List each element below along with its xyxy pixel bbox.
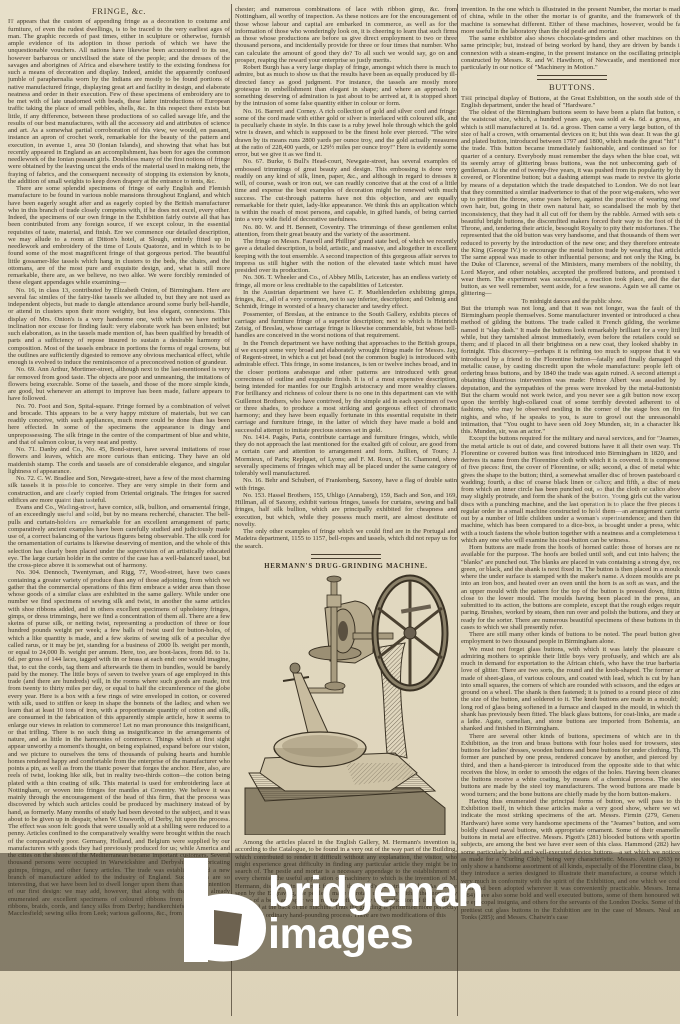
paragraph: No. 69. Ann Arthur, Mortimer-street, alt…	[8, 366, 230, 402]
paragraph: There are some splendid specimens of fri…	[8, 185, 230, 287]
verse-quote: To midnight dances and the public show.	[461, 298, 680, 305]
paragraph: No. 67. Burke, 6 Bull's Head-court, Newg…	[235, 158, 457, 223]
newspaper-page: FRINGE, &c. It appears that the custom o…	[0, 0, 680, 1024]
paragraph: The oldest of the Birmingham buttons see…	[461, 109, 680, 298]
column-fringe-continued: chester; and numerous combinations of la…	[235, 6, 457, 1014]
paragraph: Possmenter, of Breslau, at the entrance …	[235, 311, 457, 340]
lead-word: The	[461, 95, 473, 102]
paragraph: In the Austrian department we have C. F.…	[235, 289, 457, 311]
paragraph: No. 16. Behr and Schubert, of Frankenber…	[235, 477, 457, 492]
paragraph: We must not forget glass buttons, with w…	[461, 646, 680, 733]
paragraph: The fringe on Messrs. Fauvell and Philli…	[235, 238, 457, 274]
paragraph: It appears that the custom of appending …	[8, 18, 230, 185]
paragraph: No. 72. C. W. Bradlee and Son, Newgate-s…	[8, 475, 230, 504]
section-divider	[537, 75, 607, 80]
paragraph: No. 80. W. and H. Bennett, Coventry. The…	[235, 224, 457, 239]
paragraph: There are still many other kinds of butt…	[461, 631, 680, 646]
article-title-fringe: FRINGE, &c.	[8, 8, 230, 15]
section-divider	[311, 554, 381, 559]
paragraph: No. 1414. Pagès, Paris, contribute carri…	[235, 434, 457, 478]
paragraph: Horn buttons are made from the hoofs of …	[461, 544, 680, 631]
drug-grinding-machine-engraving	[235, 573, 457, 835]
paragraph: The only other examples of fringe which …	[235, 528, 457, 550]
paragraph: No. 153. Hassel Brothers, 155, Uhligo (A…	[235, 492, 457, 528]
paragraph: No. 16, in class 13, contributed by Eliz…	[8, 287, 230, 367]
paragraph: But the triumph was not long, and that i…	[461, 305, 680, 436]
paragraph: There are several other kinds of buttons…	[461, 733, 680, 798]
paragraph: No. 71. Danby and Co., No. 45, Bond-stre…	[8, 446, 230, 475]
column-fringe: FRINGE, &c. It appears that the custom o…	[8, 6, 230, 1014]
column-divider	[231, 4, 232, 1016]
paragraph: Evans and Co., Watling-street, have corn…	[8, 504, 230, 569]
paragraph: Robert Burgh has a very large display of…	[235, 64, 457, 108]
machine-illustration-icon	[235, 573, 457, 835]
lead-word: It	[8, 18, 14, 25]
paragraph: Except the buttons required for the mili…	[461, 435, 680, 544]
paragraph: chester; and numerous combinations of la…	[235, 6, 457, 64]
figure-title: HERMANN'S DRUG-GRINDING MACHINE.	[235, 563, 457, 570]
paragraph: Among the articles placed in the English…	[235, 839, 457, 919]
article-title-buttons: BUTTONS.	[461, 84, 680, 91]
paragraph: invention. In the one which is illustrat…	[461, 6, 680, 35]
paragraph: The principal display of Buttons, at the…	[461, 95, 680, 110]
paragraph: No. 304. Dennoch, Twentyman, and Rigg, 7…	[8, 569, 230, 917]
paragraph: No. 70. Foot and Son, Spital-square. Fri…	[8, 403, 230, 447]
column-divider	[457, 4, 458, 1016]
paragraph: No. 16. Barrett and Corney. A rich colle…	[235, 108, 457, 159]
paragraph: No. 306. T. Wheeler and Co., of Abbey Mi…	[235, 274, 457, 289]
paragraph: In the French department we have nothing…	[235, 340, 457, 434]
column-buttons: invention. In the one which is illustrat…	[461, 6, 680, 1014]
paragraph: The same exhibitor also shows chocolate-…	[461, 35, 680, 71]
paragraph: Having thus enumerated the principal for…	[461, 798, 680, 921]
